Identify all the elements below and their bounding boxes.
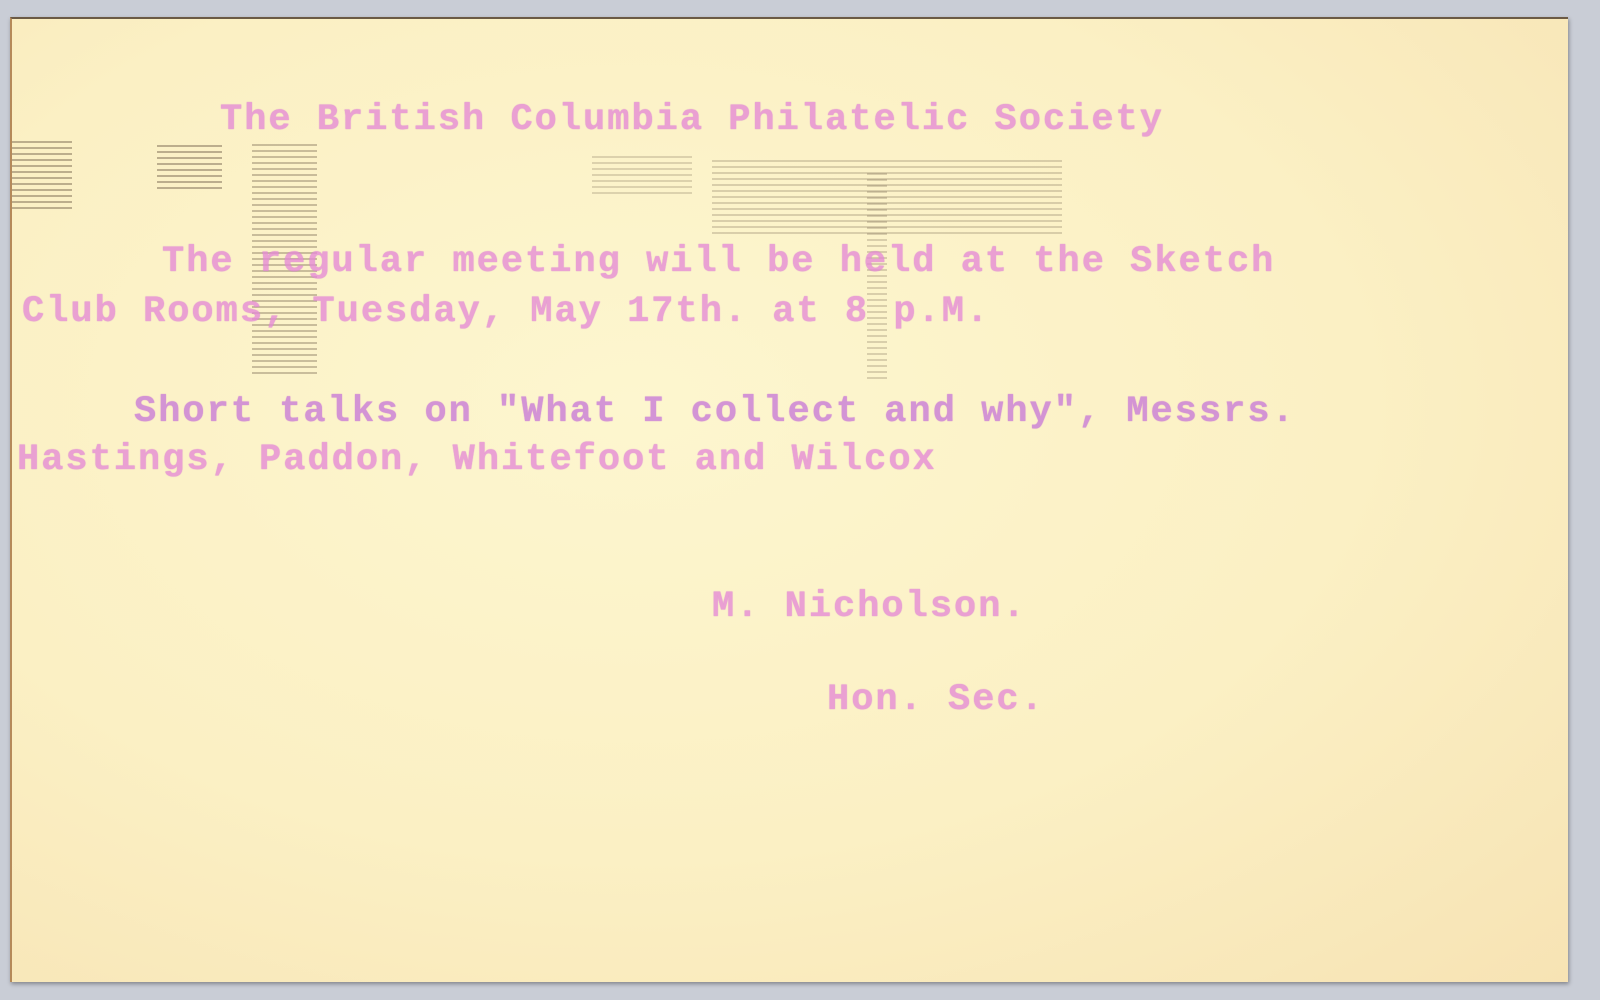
body-line: Short talks on "What I collect and why",…: [134, 391, 1296, 433]
postmark-bleed: [157, 144, 222, 189]
body-line: The regular meeting will be held at the …: [162, 241, 1275, 283]
body-line: Hastings, Paddon, Whitefoot and Wilcox: [17, 439, 937, 481]
heading: The British Columbia Philatelic Society: [220, 99, 1164, 141]
body-line: Club Rooms, Tuesday, May 17th. at 8 p.M.: [22, 291, 990, 333]
signature-name: M. Nicholson.: [712, 586, 1027, 628]
signature-title: Hon. Sec.: [827, 679, 1045, 721]
postcard: The British Columbia Philatelic Society …: [10, 17, 1568, 982]
postmark-bleed: [12, 139, 72, 209]
postmark-bleed: [592, 154, 692, 194]
postmark-bleed: [712, 159, 1062, 234]
